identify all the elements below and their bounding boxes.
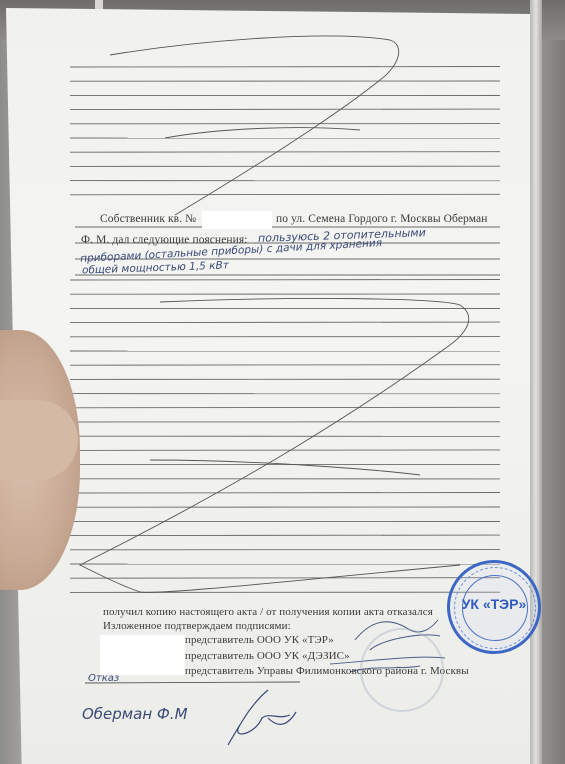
- strike-scribble-bottom: [80, 298, 469, 592]
- copy-received-line: получил копию настоящего акта / от получ…: [103, 606, 433, 618]
- stamp-text: УК «ТЭР»: [450, 596, 538, 612]
- confirm-line: Изложенное подтверждаем подписями:: [103, 620, 291, 632]
- handwritten-refusal: Отказ: [88, 673, 119, 684]
- redacted-apartment-number: [202, 211, 272, 229]
- statement-line1-prefix: Собственник кв. №: [100, 213, 196, 225]
- stamp-uk-ter: УК «ТЭР»: [447, 560, 541, 654]
- holding-thumb: [0, 400, 78, 480]
- redacted-representative-name: [100, 635, 185, 675]
- signatory-ter: представитель ООО УК «ТЭР»: [185, 634, 334, 646]
- statement-line1-suffix: по ул. Семена Гордого г. Москвы Оберман: [276, 213, 488, 225]
- strike-scribble-top: [110, 36, 399, 215]
- faint-stamp-dezis: [360, 628, 444, 712]
- handwritten-owner-name: Оберман Ф.М: [82, 705, 188, 723]
- signature-owner: [228, 690, 296, 745]
- signatory-dezis: представитель ООО УК «ДЭЗИС»: [185, 650, 350, 662]
- statement-line2-prefix: Ф. М. дал следующие пояснения:: [81, 234, 248, 246]
